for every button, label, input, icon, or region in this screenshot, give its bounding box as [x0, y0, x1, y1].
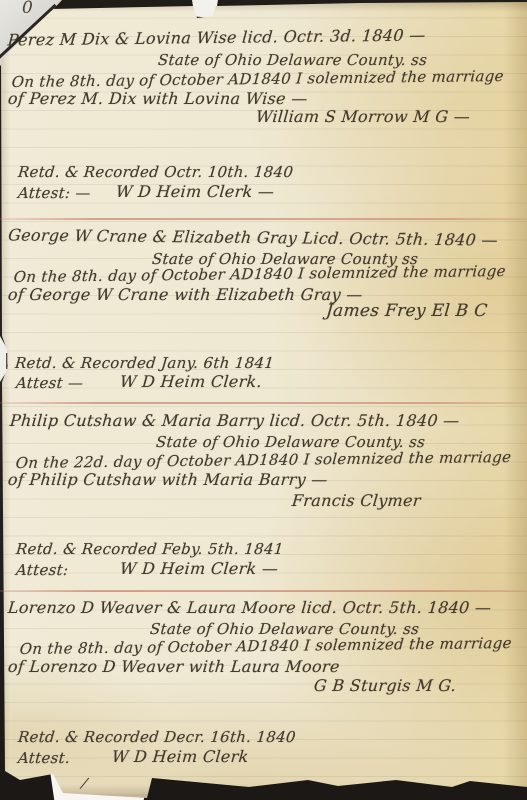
ink-mark-tick: | — [4, 350, 9, 369]
clerk-signature: W D Heim Clerk — — [115, 182, 275, 201]
attest-label: Attest: — [15, 561, 69, 579]
returned-recorded-line: Retd. & Recorded Octr. 10th. 1840 — [17, 163, 294, 181]
ink-mark-corner: 0 — [22, 0, 33, 18]
returned-recorded-line: Retd. & Recorded Jany. 6th 1841 — [14, 354, 275, 372]
attest-label: Attest: — — [17, 184, 91, 202]
clerk-signature: W D Heim Clerk — — [119, 559, 279, 578]
license-line: Philip Cutshaw & Maria Barry licd. Octr.… — [9, 411, 460, 430]
couple-line: of Philip Cutshaw with Maria Barry — — [7, 470, 328, 489]
license-line: Lorenzo D Weaver & Laura Moore licd. Oct… — [7, 598, 492, 617]
officiant-signature: Francis Clymer — [291, 491, 422, 510]
couple-line: of George W Crane with Elizabeth Gray — — [7, 285, 363, 304]
returned-recorded-line: Retd. & Recorded Decr. 16th. 1840 — [17, 728, 296, 746]
red-separator-rule — [0, 218, 527, 220]
officiant-signature: James Frey El B C — [325, 301, 488, 321]
red-separator-rule — [0, 590, 527, 592]
attest-label: Attest — — [15, 374, 84, 392]
scanned-ledger-page: 0 Perez M Dix & Lovina Wise licd. Octr. … — [0, 0, 527, 800]
jurisdiction-line: State of Ohio Delaware County. ss — [155, 433, 426, 451]
jurisdiction-line: State of Ohio Delaware County. ss — [157, 51, 428, 69]
clerk-signature: W D Heim Clerk. — [119, 372, 263, 391]
couple-line: of Perez M. Dix with Lovina Wise — — [7, 89, 308, 108]
couple-line: of Lorenzo D Weaver with Laura Moore — [7, 657, 340, 676]
officiant-signature: William S Morrow M G — — [255, 107, 471, 126]
red-separator-rule — [0, 402, 527, 404]
clerk-signature: W D Heim Clerk — [111, 747, 249, 766]
officiant-signature: G B Sturgis M G. — [313, 676, 457, 695]
attest-label: Attest. — [17, 749, 71, 767]
returned-recorded-line: Retd. & Recorded Feby. 5th. 1841 — [15, 540, 284, 558]
